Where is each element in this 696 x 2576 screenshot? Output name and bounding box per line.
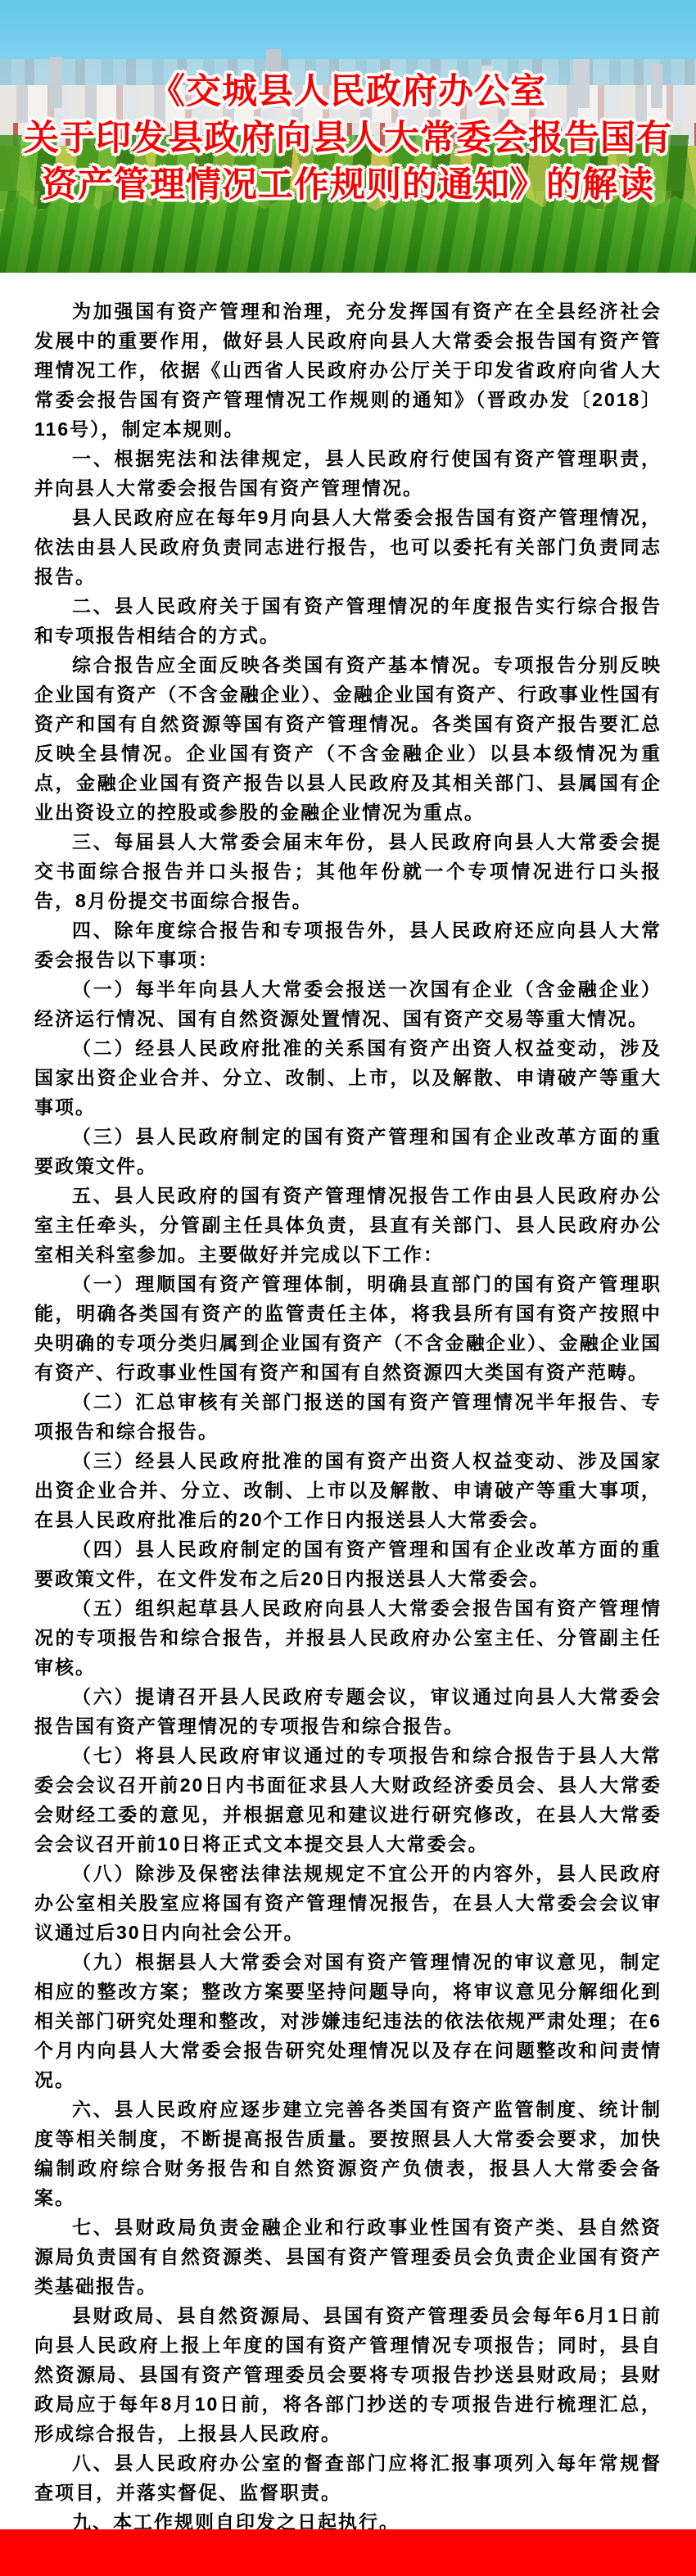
paragraph: 三、每届县人大常委会届末年份，县人民政府向县人大常委会提交书面综合报告并口头报告… [34,827,662,915]
paragraph: （七）将县人民政府审议通过的专项报告和综合报告于县人大常委会会议召开前20日内书… [34,1741,662,1859]
paragraph: （五）组织起草县人民政府向县人大常委会报告国有资产管理情况的专项报告和综合报告，… [34,1593,662,1682]
paragraph: 四、除年度综合报告和专项报告外，县人民政府还应向县人大常委会报告以下事项： [34,915,662,974]
paragraph: （八）除涉及保密法律法规规定不宜公开的内容外，县人民政府办公室相关股室应将国有资… [34,1859,662,1947]
paragraph: （四）县人民政府制定的国有资产管理和国有企业改革方面的重要政策文件，在文件发布之… [34,1534,662,1593]
document-body: 为加强国有资产管理和治理，充分发挥国有资产在全县经济社会发展中的重要作用，做好县… [0,273,696,2537]
paragraph: 二、县人民政府关于国有资产管理情况的年度报告实行综合报告和专项报告相结合的方式。 [34,591,662,650]
paragraph: 一、根据宪法和法律规定，县人民政府行使国有资产管理职责，并向县人大常委会报告国有… [34,444,662,503]
paragraph: （六）提请召开县人民政府专题会议，审议通过向县人大常委会报告国有资产管理情况的专… [34,1682,662,1741]
paragraph: 综合报告应全面反映各类国有资产基本情况。专项报告分别反映企业国有资产（不含金融企… [34,650,662,827]
paragraph: 县人民政府应在每年9月向县人大常委会报告国有资产管理情况，依法由县人民政府负责同… [34,503,662,591]
paragraph: （二）经县人民政府批准的关系国有资产出资人权益变动，涉及国家出资企业合并、分立、… [34,1033,662,1122]
paragraph: （一）理顺国有资产管理体制，明确县直部门的国有资产管理职能，明确各类国有资产的监… [34,1269,662,1387]
title-line-1: 《交城县人民政府办公室 [0,69,696,115]
paragraph: 八、县人民政府办公室的督查部门应将汇报事项列入每年常规督查项目，并落实督促、监督… [34,2448,662,2507]
paragraph: 七、县财政局负责金融企业和行政事业性国有资产类、县自然资源局负责国有自然资源类、… [34,2212,662,2301]
paragraph: （二）汇总审核有关部门报送的国有资产管理情况半年报告、专项报告和综合报告。 [34,1387,662,1446]
paragraph: （九）根据县人大常委会对国有资产管理情况的审议意见，制定相应的整改方案；整改方案… [34,1947,662,2095]
paragraph: 五、县人民政府的国有资产管理情况报告工作由县人民政府办公室主任牵头，分管副主任具… [34,1181,662,1269]
page-title: 《交城县人民政府办公室 关于印发县政府向县人大常委会报告国有 资产管理情况工作规… [0,69,696,209]
header-banner-photo: 《交城县人民政府办公室 关于印发县政府向县人大常委会报告国有 资产管理情况工作规… [0,0,696,273]
paragraph: （一）每半年向县人大常委会报送一次国有企业（含金融企业）经济运行情况、国有自然资… [34,974,662,1033]
paragraph: 六、县人民政府应逐步建立完善各类国有资产监管制度、统计制度等相关制度，不断提高报… [34,2095,662,2212]
title-line-3: 资产管理情况工作规则的通知》的解读 [0,162,696,209]
paragraph: 为加强国有资产管理和治理，充分发挥国有资产在全县经济社会发展中的重要作用，做好县… [34,296,662,444]
page: 《交城县人民政府办公室 关于印发县政府向县人大常委会报告国有 资产管理情况工作规… [0,0,696,2576]
paragraph: 县财政局、县自然资源局、县国有资产管理委员会每年6月1日前向县人民政府上报上年度… [34,2301,662,2448]
paragraph: （三）经县人民政府批准的国有资产出资人权益变动、涉及国家出资企业合并、分立、改制… [34,1446,662,1534]
footer-red-bar [0,2529,696,2576]
title-line-2: 关于印发县政府向县人大常委会报告国有 [0,115,696,162]
paragraph: （三）县人民政府制定的国有资产管理和国有企业改革方面的重要政策文件。 [34,1122,662,1181]
